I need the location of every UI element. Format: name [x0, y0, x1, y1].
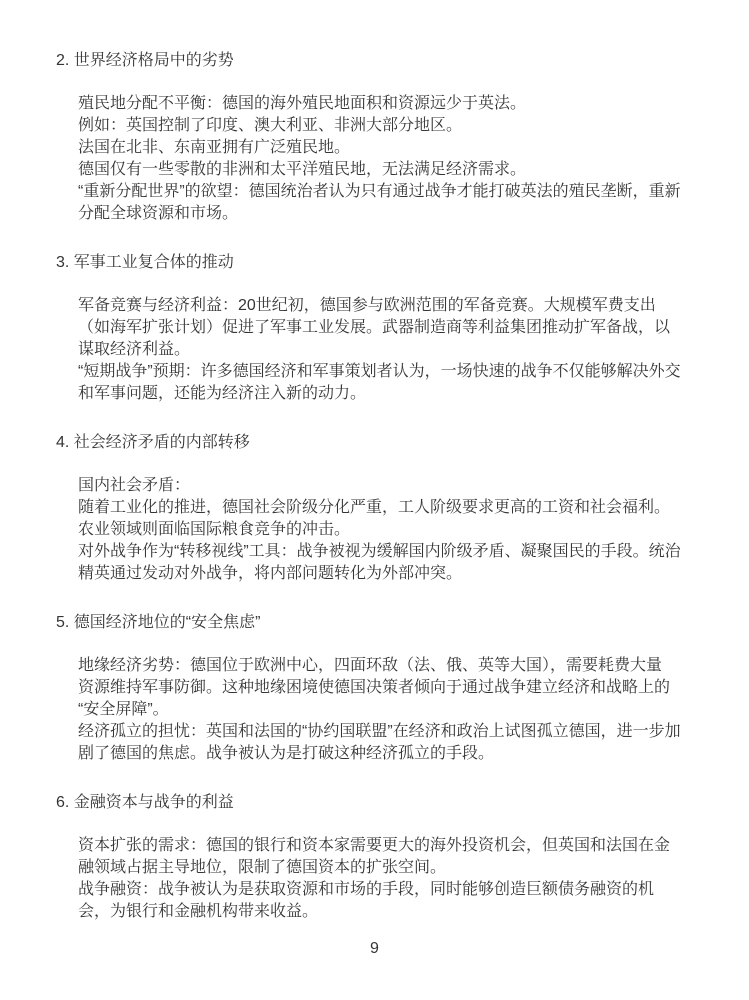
section-financial-capital: 6. 金融资本与战争的利益 资本扩张的需求：德国的银行和资本家需要更大的海外投资… — [56, 792, 721, 923]
paragraph-line: 和军事问题，还能为经济注入新的动力。 — [78, 383, 721, 405]
paragraph-line: 精英通过发动对外战争，将内部问题转化为外部冲突。 — [78, 563, 721, 585]
section-heading: 6. 金融资本与战争的利益 — [56, 792, 721, 814]
section-heading: 4. 社会经济矛盾的内部转移 — [56, 432, 721, 454]
section-paragraph: 军备竞赛与经济利益：20世纪初，德国参与欧洲范围的军备竞赛。大规模军费支出 （如… — [78, 295, 721, 405]
section-paragraph: 国内社会矛盾： 随着工业化的推进，德国社会阶级分化严重，工人阶级要求更高的工资和… — [78, 475, 721, 585]
paragraph-line: 法国在北非、东南亚拥有广泛殖民地。 — [78, 137, 721, 159]
paragraph-line: 剧了德国的焦虑。战争被认为是打破这种经济孤立的手段。 — [78, 743, 721, 765]
section-paragraph: 地缘经济劣势：德国位于欧洲中心，四面环敌（法、俄、英等大国），需要耗费大量 资源… — [78, 655, 721, 765]
paragraph-line: 农业领域则面临国际粮食竞争的冲击。 — [78, 519, 721, 541]
section-social-contradictions: 4. 社会经济矛盾的内部转移 国内社会矛盾： 随着工业化的推进，德国社会阶级分化… — [56, 432, 721, 585]
document-content: 2. 世界经济格局中的劣势 殖民地分配不平衡：德国的海外殖民地面积和资源远少于英… — [56, 50, 721, 923]
paragraph-line: 地缘经济劣势：德国位于欧洲中心，四面环敌（法、俄、英等大国），需要耗费大量 — [78, 655, 721, 677]
paragraph-line: 对外战争作为“转移视线”工具：战争被视为缓解国内阶级矛盾、凝聚国民的手段。统治 — [78, 541, 721, 563]
paragraph-line: 德国仅有一些零散的非洲和太平洋殖民地，无法满足经济需求。 — [78, 159, 721, 181]
paragraph-line: 融领域占据主导地位，限制了德国资本的扩张空间。 — [78, 857, 721, 879]
paragraph-line: 殖民地分配不平衡：德国的海外殖民地面积和资源远少于英法。 — [78, 93, 721, 115]
paragraph-line: “重新分配世界”的欲望：德国统治者认为只有通过战争才能打破英法的殖民垄断，重新 — [78, 181, 721, 203]
page-number: 9 — [0, 938, 749, 960]
document-page: 2. 世界经济格局中的劣势 殖民地分配不平衡：德国的海外殖民地面积和资源远少于英… — [0, 0, 749, 1000]
paragraph-line: 例如：英国控制了印度、澳大利亚、非洲大部分地区。 — [78, 115, 721, 137]
paragraph-line: （如海军扩张计划）促进了军事工业发展。武器制造商等利益集团推动扩军备战，以 — [78, 317, 721, 339]
section-security-anxiety: 5. 德国经济地位的“安全焦虑” 地缘经济劣势：德国位于欧洲中心，四面环敌（法、… — [56, 612, 721, 765]
paragraph-line: 随着工业化的推进，德国社会阶级分化严重，工人阶级要求更高的工资和社会福利。 — [78, 497, 721, 519]
section-heading: 3. 军事工业复合体的推动 — [56, 252, 721, 274]
section-world-economy: 2. 世界经济格局中的劣势 殖民地分配不平衡：德国的海外殖民地面积和资源远少于英… — [56, 50, 721, 225]
paragraph-line: 谋取经济利益。 — [78, 339, 721, 361]
section-paragraph: 资本扩张的需求：德国的银行和资本家需要更大的海外投资机会，但英国和法国在金 融领… — [78, 835, 721, 923]
paragraph-line: 资源维持军事防御。这种地缘困境使德国决策者倾向于通过战争建立经济和战略上的 — [78, 677, 721, 699]
section-heading: 5. 德国经济地位的“安全焦虑” — [56, 612, 721, 634]
section-paragraph: 殖民地分配不平衡：德国的海外殖民地面积和资源远少于英法。 例如：英国控制了印度、… — [78, 93, 721, 225]
paragraph-line: 资本扩张的需求：德国的银行和资本家需要更大的海外投资机会，但英国和法国在金 — [78, 835, 721, 857]
paragraph-line: 国内社会矛盾： — [78, 475, 721, 497]
paragraph-line: “安全屏障”。 — [78, 699, 721, 721]
paragraph-line: 军备竞赛与经济利益：20世纪初，德国参与欧洲范围的军备竞赛。大规模军费支出 — [78, 295, 721, 317]
section-military-industry: 3. 军事工业复合体的推动 军备竞赛与经济利益：20世纪初，德国参与欧洲范围的军… — [56, 252, 721, 405]
paragraph-line: 会，为银行和金融机构带来收益。 — [78, 901, 721, 923]
paragraph-line: 分配全球资源和市场。 — [78, 203, 721, 225]
paragraph-line: 战争融资：战争被认为是获取资源和市场的手段，同时能够创造巨额债务融资的机 — [78, 879, 721, 901]
paragraph-line: “短期战争”预期：许多德国经济和军事策划者认为，一场快速的战争不仅能够解决外交 — [78, 361, 721, 383]
paragraph-line: 经济孤立的担忧：英国和法国的“协约国联盟”在经济和政治上试图孤立德国，进一步加 — [78, 721, 721, 743]
section-heading: 2. 世界经济格局中的劣势 — [56, 50, 721, 72]
